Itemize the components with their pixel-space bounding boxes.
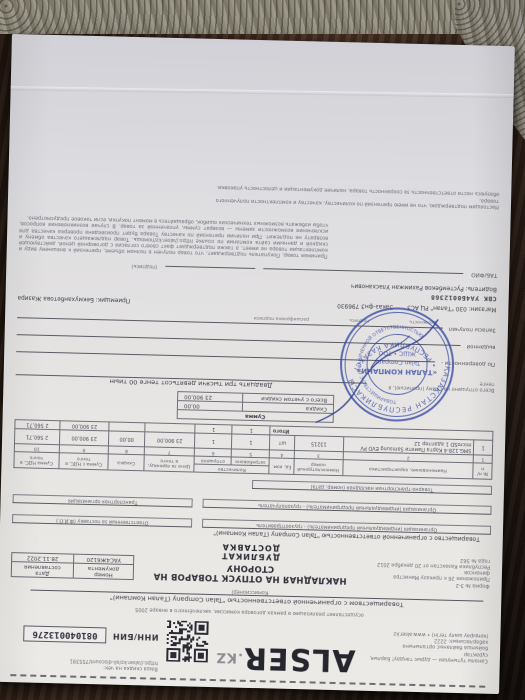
item-vat: 2 560,71 xyxy=(14,428,59,444)
parties-section: Товарищество с ограниченной ответственно… xyxy=(12,474,492,543)
doc-number-label: Номер документа xyxy=(73,563,134,579)
position-label: должность xyxy=(409,318,436,324)
discount-label: Скидка xyxy=(243,402,333,412)
decode-label: расшифровка подписи xyxy=(254,315,309,321)
sign-underline xyxy=(165,266,255,276)
fio-label: ТАБ/ФИО xyxy=(471,271,497,278)
brand-text: ALSER xyxy=(243,640,356,678)
items-table: № п/п Наименование, характеристика Номен… xyxy=(13,419,493,480)
total-qty-rel: 1 xyxy=(195,424,232,434)
spacer xyxy=(144,299,323,303)
col-header: Сумма с НДС, в тенге xyxy=(59,452,109,469)
totals-box: Сумма Скидка 00,00 Всего с учетом скидки… xyxy=(177,391,335,423)
receiver-value: Приемщик: Бекмуханбетова Жазира xyxy=(17,294,130,303)
total-qty-req: 1 xyxy=(232,425,270,435)
form-reference: Форма № З-2 Приложение 26 к приказу Мини… xyxy=(366,554,491,588)
item-num: 1 xyxy=(474,440,493,455)
col-header: № п/п xyxy=(473,463,492,479)
doc-number-box: Номер документа Дата составления УАС4Ж61… xyxy=(11,552,135,580)
sign-label: подпись xyxy=(349,317,369,322)
inn-value: 081040013276 xyxy=(23,626,106,644)
note-line: Саналы тұтынушы — дұрыс таңдау! Барлық с… xyxy=(363,648,488,664)
inn-row: ИНН/БИН 081040013276 xyxy=(9,626,159,646)
order-value: Заказ-фн3 796930 xyxy=(337,302,393,309)
carpet-texture xyxy=(0,0,525,34)
alser-logo: ALSER.KZ xyxy=(215,641,356,674)
total-vat: 2 560,71 xyxy=(15,419,60,429)
driver-value: Водитель: Рустембеков Рахимжан Уласханов… xyxy=(351,282,497,292)
spacer xyxy=(13,474,242,497)
party-sender: Товарищество с ограниченной ответственно… xyxy=(202,519,491,543)
col-header: затребовано xyxy=(231,457,269,466)
header-right: Ваша скидка на чек: https://alser.kz/ali… xyxy=(8,626,158,672)
fio-underline xyxy=(263,268,463,281)
empty-cell xyxy=(109,422,145,432)
item-qty-rel: 1 xyxy=(195,433,232,449)
item-code: 13215 xyxy=(294,435,343,451)
party-transport: Транспортная организация xyxy=(12,494,193,515)
col-header: Сумма НДС, в тенге xyxy=(14,451,59,468)
discount-value: 00,00 xyxy=(178,401,243,411)
item-unit: шт xyxy=(270,435,295,451)
doc-date-value: 28.11.2022 xyxy=(12,552,74,563)
item-discount: 00,00 xyxy=(109,431,145,447)
amount-words-label: Всего отпущено на сумму (прописью), в те… xyxy=(374,378,494,393)
col-header: Ед. изм. xyxy=(269,458,294,475)
header-notes: Саналы тұтынушы — дұрыс таңдау! Барлық с… xyxy=(363,629,488,679)
title-block: НАКЛАДНАЯ НА ОТПУСК ТОВАРОВ НА СТОРОНУ Д… xyxy=(142,540,359,585)
qr-code xyxy=(166,616,209,667)
paper-document: Саналы тұтынушы — дұрыс таңдау! Барлық с… xyxy=(0,34,515,694)
title-bar: Форма № З-2 Приложение 26 к приказу Мини… xyxy=(11,537,491,589)
party-ttn: Товарно-транспортная накладная (номер, д… xyxy=(252,480,493,503)
sign-sublabel: (подпись) xyxy=(131,262,157,269)
received-label: Запасы получил xyxy=(449,325,496,332)
proxy-line: По доверенности - xyxy=(16,349,495,371)
col-num: 9 xyxy=(59,444,109,453)
svk-code: СВК УА4Б0012368 xyxy=(430,293,496,303)
col-num: 10 xyxy=(14,443,59,452)
col-num: 7 xyxy=(144,447,195,456)
with-discount-value: 23 900,00 xyxy=(178,392,243,402)
col-num: 5 xyxy=(231,449,269,458)
col-num: 1 xyxy=(474,455,493,463)
doc-number-value: УАС4Ж6120 xyxy=(74,554,135,564)
photo-scene: Саналы тұтынушы — дұрыс таңдау! Барлық с… xyxy=(0,0,525,700)
document-title: НАКЛАДНАЯ НА ОТПУСК ТОВАРОВ НА СТОРОНУ xyxy=(142,560,358,585)
item-qty-req: 1 xyxy=(232,434,271,450)
item-price: 23 900,00 xyxy=(144,432,195,448)
document-content-rotated-180: Саналы тұтынушы — дұрыс таңдау! Барлық с… xyxy=(8,42,502,688)
col-header: отпущено xyxy=(194,456,231,465)
item-sum: 23 900,00 xyxy=(59,429,109,445)
doc-date-label: Дата составления xyxy=(11,561,73,578)
signature-section: По доверенности - выданной Запасы получи… xyxy=(16,309,496,371)
col-header: Наименование, характеристика xyxy=(342,459,473,478)
receipt-header: Саналы тұтынушы — дұрыс таңдау! Барлық с… xyxy=(8,612,488,680)
col-num: 4 xyxy=(270,450,295,459)
col-header: Номенклатурный номер xyxy=(294,458,343,475)
col-num: 3 xyxy=(294,450,343,459)
proxy-label: По доверенности - xyxy=(441,359,495,366)
confirmation-lines: Настоящим подтверждаю, что не имею прете… xyxy=(199,184,499,210)
fine-print-paragraph: Принимая товар, Покупатель подтверждает,… xyxy=(19,214,329,259)
party-responsible: Ответственный за поставку (Ф.И.О.) xyxy=(12,514,193,535)
col-header: Цена за единицу, в тенге xyxy=(144,455,195,472)
footer-lines: Магазин: 030 "Талан" РЦ АС3 Заказ-фн3 79… xyxy=(17,260,497,312)
total-sum: 23 900,00 xyxy=(60,420,110,430)
col-header: Скидка xyxy=(108,454,144,471)
col-num: 8 xyxy=(109,446,145,455)
inn-label: ИНН/БИН xyxy=(112,632,158,642)
empty-cell xyxy=(145,423,196,433)
brand-suffix: .KZ xyxy=(215,649,243,665)
col-num: 6 xyxy=(195,448,232,457)
signature-line xyxy=(16,351,435,369)
store-value: Магазин: 030 "Талан" РЦ АС3 xyxy=(407,303,496,311)
issued-label: выданной xyxy=(467,343,496,350)
